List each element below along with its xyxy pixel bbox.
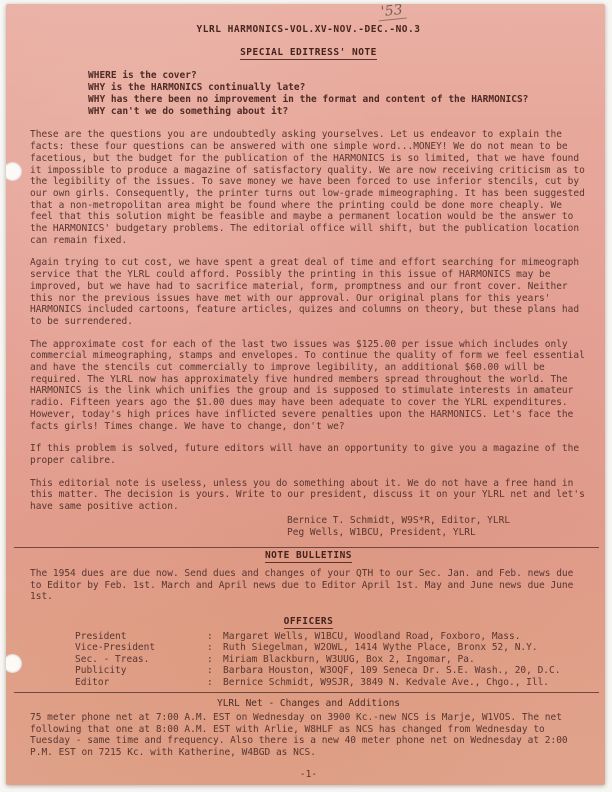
bulletins-text: The 1954 dues are due now. Send dues and… xyxy=(30,568,587,603)
questions-list: WHERE is the cover? WHY is the HARMONICS… xyxy=(88,70,587,118)
newsletter-page: '53 YLRL HARMONICS-VOL.XV-NOV.-DEC.-NO.3… xyxy=(6,4,605,785)
signature-president: Peg Wells, W1BCU, President, YLRL xyxy=(287,527,587,539)
editorial-paragraph-1: These are the questions you are undoubte… xyxy=(30,129,587,246)
bulletins-title: NOTE BULLETINS xyxy=(265,550,352,563)
question-line: WHERE is the cover? xyxy=(88,70,587,82)
officers-title: OFFICERS xyxy=(284,616,334,629)
officer-role: President xyxy=(75,631,207,643)
editorial-title: SPECIAL EDITRESS' NOTE xyxy=(240,47,377,60)
masthead-title: YLRL HARMONICS-VOL.XV-NOV.-DEC.-NO.3 xyxy=(30,24,587,36)
question-line: WHY has there been no improvement in the… xyxy=(88,94,587,106)
question-line: WHY can't we do something about it? xyxy=(88,106,587,118)
officer-row: Editor : Bernice Schmidt, W9SJR, 3849 N.… xyxy=(75,677,587,689)
bulletins-heading: NOTE BULLETINS xyxy=(30,550,587,562)
pencil-annotation: '53 xyxy=(377,4,406,21)
editorial-paragraph-2: Again trying to cut cost, we have spent … xyxy=(30,257,587,327)
officers-table: President : Margaret Wells, W1BCU, Woodl… xyxy=(30,631,587,689)
officer-value: Ruth Siegelman, W2OWL, 1414 Wythe Place,… xyxy=(223,642,587,654)
officer-separator: : xyxy=(207,665,223,677)
officer-row: Vice-President : Ruth Siegelman, W2OWL, … xyxy=(75,642,587,654)
net-text: 75 meter phone net at 7:00 A.M. EST on W… xyxy=(30,712,587,759)
editorial-paragraph-4: If this problem is solved, future editor… xyxy=(30,443,587,466)
editorial-heading: SPECIAL EDITRESS' NOTE xyxy=(30,47,587,59)
question-line: WHY is the HARMONICS continually late? xyxy=(88,82,587,94)
section-divider-bottom xyxy=(14,692,599,693)
officer-value: Miriam Blackburn, W3UUG, Box 2, Ingomar,… xyxy=(223,654,587,666)
page-content: YLRL HARMONICS-VOL.XV-NOV.-DEC.-NO.3 SPE… xyxy=(6,4,605,780)
officers-heading: OFFICERS xyxy=(30,616,587,628)
officer-value: Barbara Houston, W3OQF, 109 Seneca Dr. S… xyxy=(223,665,587,677)
officer-separator: : xyxy=(207,631,223,643)
page-number: -1- xyxy=(30,769,587,781)
officer-role: Editor xyxy=(75,677,207,689)
officer-row: Sec. - Treas. : Miriam Blackburn, W3UUG,… xyxy=(75,654,587,666)
officer-row: President : Margaret Wells, W1BCU, Woodl… xyxy=(75,631,587,643)
editorial-paragraph-3: The approximate cost for each of the las… xyxy=(30,339,587,433)
signature-editor: Bernice T. Schmidt, W9S*R, Editor, YLRL xyxy=(287,515,587,527)
officer-separator: : xyxy=(207,677,223,689)
officer-role: Vice-President xyxy=(75,642,207,654)
officer-separator: : xyxy=(207,642,223,654)
officer-role: Publicity xyxy=(75,665,207,677)
officer-row: Publicity : Barbara Houston, W3OQF, 109 … xyxy=(75,665,587,677)
signature-block: Bernice T. Schmidt, W9S*R, Editor, YLRL … xyxy=(287,515,587,538)
officer-separator: : xyxy=(207,654,223,666)
officer-value: Margaret Wells, W1BCU, Woodland Road, Fo… xyxy=(223,631,587,643)
editorial-paragraph-5: This editorial note is useless, unless y… xyxy=(30,478,587,513)
net-title: YLRL Net - Changes and Additions xyxy=(30,698,587,710)
section-divider-top xyxy=(14,547,599,548)
officer-value: Bernice Schmidt, W9SJR, 3849 N. Kedvale … xyxy=(223,677,587,689)
officer-role: Sec. - Treas. xyxy=(75,654,207,666)
